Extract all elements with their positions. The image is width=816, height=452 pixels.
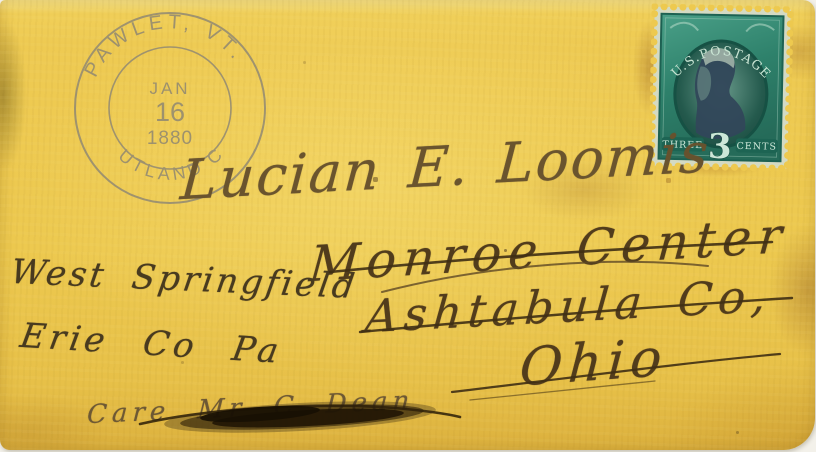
postmark-year-text: 1880 (147, 128, 193, 149)
care-of-line: Care Mr C Dean (86, 386, 415, 430)
scan-surface: PAWLET, VT. RUTLAND CO. JAN 16 1880 (0, 0, 816, 452)
svg-text:PAWLET, VT.: PAWLET, VT. (75, 8, 251, 83)
forwarding-town-line: West Springfield (8, 252, 360, 307)
postmark-month-text: JAN (149, 79, 190, 98)
ink-specks (0, 0, 1, 1)
original-state-line: Ohio (518, 328, 670, 399)
postmark-day-text: 16 (155, 97, 185, 127)
stamp-cents-label: CENTS (736, 141, 777, 153)
postmark-town-text: PAWLET, VT. (75, 8, 251, 83)
forwarding-county-line: Erie Co Pa (17, 316, 285, 372)
envelope-front: PAWLET, VT. RUTLAND CO. JAN 16 1880 (0, 0, 815, 450)
